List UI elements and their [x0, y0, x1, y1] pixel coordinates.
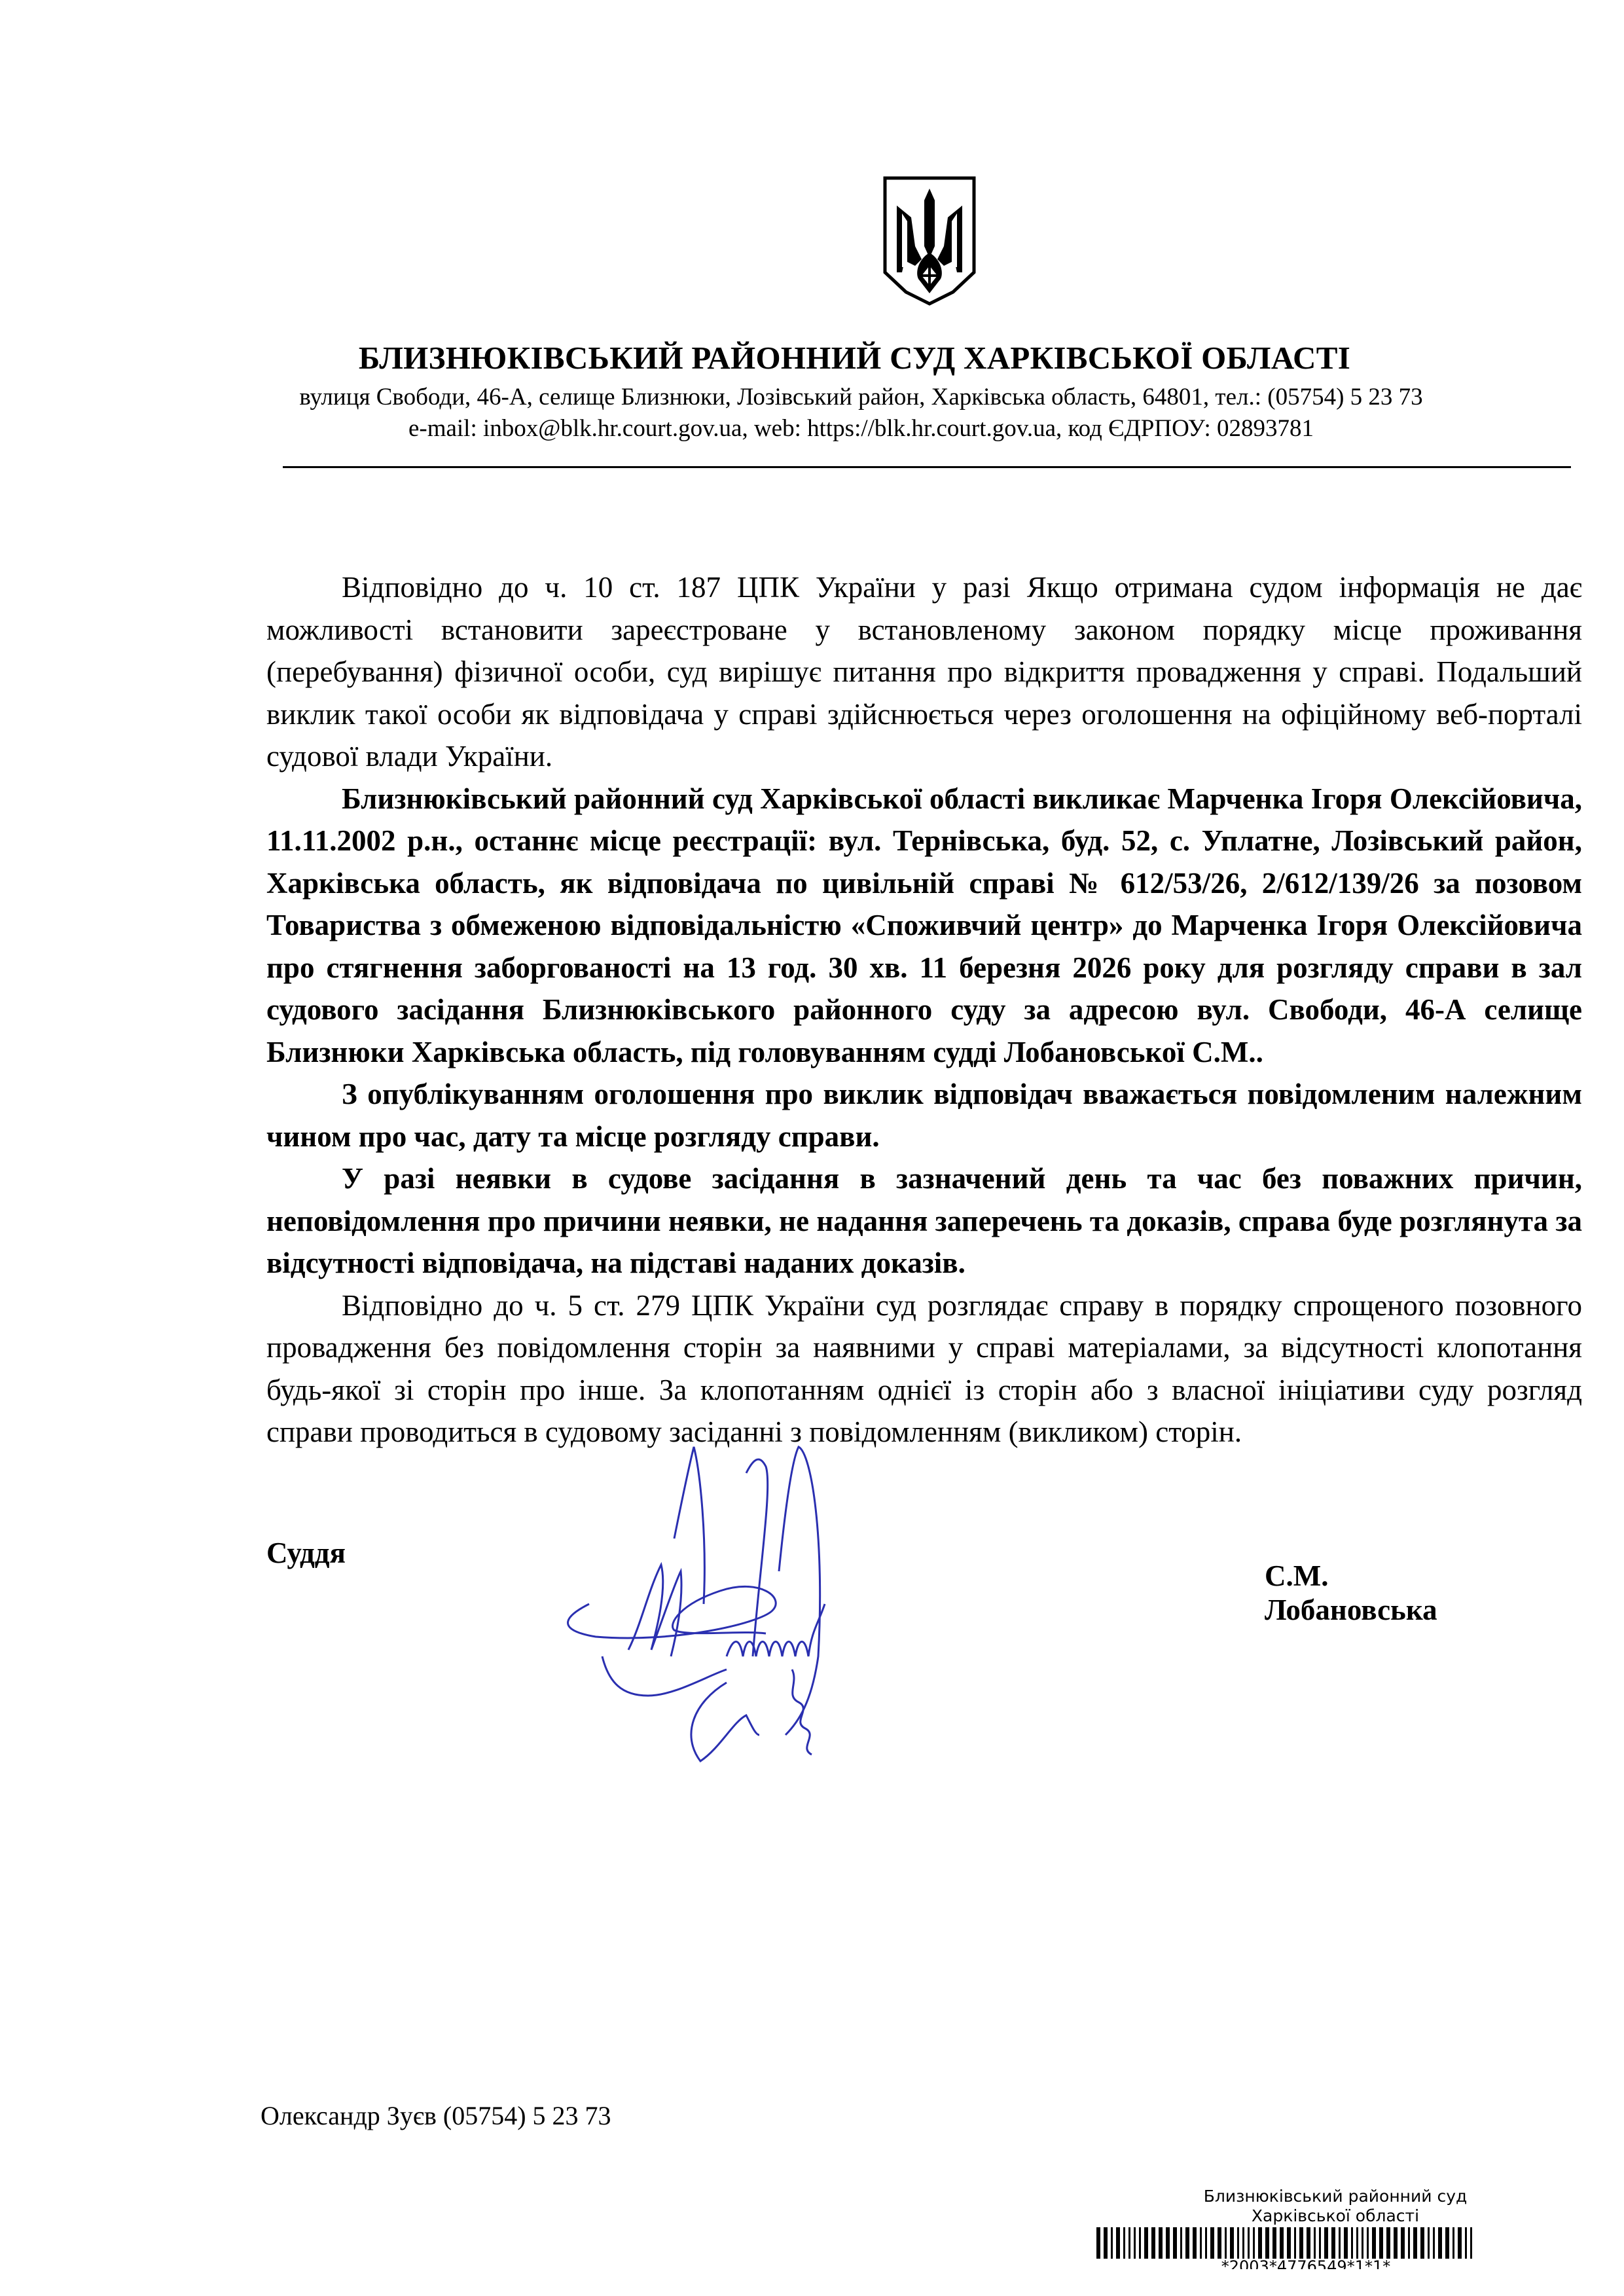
handwritten-signature	[511, 1408, 1165, 1774]
stamp-court-line2: Харківської області	[1090, 2206, 1522, 2226]
barcode-bar	[1339, 2227, 1341, 2259]
barcode-bar	[1166, 2227, 1170, 2259]
barcode-number: *2003*4776549*1*1*	[1090, 2259, 1522, 2269]
barcode-bar	[1180, 2227, 1182, 2259]
barcode-bar	[1173, 2227, 1177, 2259]
barcode-bar	[1394, 2227, 1398, 2259]
court-address: вулиця Свободи, 46-А, селище Близнюки, Л…	[0, 383, 1624, 411]
barcode-bar	[1433, 2227, 1435, 2259]
barcode-bar	[1351, 2227, 1353, 2259]
notice-body: Відповідно до ч. 10 ст. 187 ЦПК України …	[266, 566, 1582, 1453]
barcode-bar	[1287, 2227, 1291, 2259]
barcode-bar	[1096, 2227, 1100, 2259]
barcode-bar	[1139, 2227, 1141, 2259]
barcode-bar	[1299, 2227, 1303, 2259]
barcode-bar	[1362, 2227, 1363, 2259]
barcode-bar	[1258, 2227, 1262, 2259]
barcode-bar	[1104, 2227, 1108, 2259]
barcode-bar	[1367, 2227, 1369, 2259]
stamp-court-line1: Близнюківський районний суд	[1090, 2187, 1522, 2206]
barcode-bar	[1248, 2227, 1250, 2259]
barcode-bar	[1386, 2227, 1390, 2259]
barcode-bar	[1428, 2227, 1430, 2259]
court-contacts: e-mail: inbox@blk.hr.court.gov.ua, web: …	[0, 414, 1624, 443]
barcode-bar	[1218, 2227, 1221, 2259]
paragraph-legal-basis: Відповідно до ч. 10 ст. 187 ЦПК України …	[266, 566, 1582, 778]
barcode-bar	[1438, 2227, 1442, 2259]
header-divider	[283, 466, 1571, 468]
paragraph-notification: З опублікуванням оголошення про виклик в…	[266, 1073, 1582, 1157]
court-name: БЛИЗНЮКІВСЬКИЙ РАЙОННИЙ СУД ХАРКІВСЬКОЇ …	[0, 339, 1624, 376]
paragraph-absence-warning: У разі неявки в судове засідання в зазна…	[266, 1157, 1582, 1285]
barcode-bar	[1294, 2227, 1296, 2259]
barcode-bar	[1445, 2227, 1449, 2259]
barcode-bar	[1280, 2227, 1284, 2259]
signer-name: С.М. Лобановська	[1265, 1559, 1497, 1627]
barcode-bar	[1458, 2227, 1462, 2259]
barcode-bar	[1401, 2227, 1405, 2259]
barcode-bar	[1193, 2227, 1197, 2259]
barcode-bar	[1159, 2227, 1163, 2259]
barcode-bar	[1324, 2227, 1328, 2259]
barcode-bar	[1408, 2227, 1410, 2259]
barcode-bar	[1331, 2227, 1335, 2259]
barcode-bar	[1200, 2227, 1202, 2259]
barcode-bar	[1128, 2227, 1130, 2259]
coat-of-arms-icon	[882, 174, 977, 306]
barcode-bar	[1242, 2227, 1244, 2259]
barcode-bar	[1144, 2227, 1148, 2259]
barcode-bar	[1225, 2227, 1227, 2259]
executor-contact: Олександр Зуєв (05754) 5 23 73	[261, 2100, 611, 2131]
barcode-bar	[1470, 2227, 1472, 2259]
barcode-bar	[1372, 2227, 1376, 2259]
barcode-bar	[1319, 2227, 1321, 2259]
barcode-bar	[1210, 2227, 1214, 2259]
barcode-bar	[1265, 2227, 1269, 2259]
barcode-bar	[1134, 2227, 1136, 2259]
barcode-bar	[1413, 2227, 1417, 2259]
registration-stamp: Близнюківський районний суд Харківської …	[1090, 2187, 1522, 2269]
barcode-bar	[1307, 2227, 1310, 2259]
barcode-bar	[1453, 2227, 1454, 2259]
barcode-bar	[1314, 2227, 1316, 2259]
barcode-bar	[1151, 2227, 1155, 2259]
barcode-bar	[1230, 2227, 1234, 2259]
barcode-bar	[1379, 2227, 1383, 2259]
barcode-bar	[1237, 2227, 1239, 2259]
barcode-bar	[1344, 2227, 1348, 2259]
barcode	[1096, 2227, 1522, 2259]
barcode-bar	[1465, 2227, 1467, 2259]
barcode-bar	[1356, 2227, 1358, 2259]
signer-role: Суддя	[266, 1536, 346, 1570]
barcode-bar	[1272, 2227, 1276, 2259]
barcode-bar	[1123, 2227, 1125, 2259]
barcode-bar	[1205, 2227, 1207, 2259]
barcode-bar	[1185, 2227, 1189, 2259]
barcode-bar	[1111, 2227, 1113, 2259]
paragraph-summons: Близнюківський районний суд Харківської …	[266, 778, 1582, 1074]
barcode-bar	[1420, 2227, 1424, 2259]
signature-block: Суддя С.М. Лобановська	[266, 1536, 1497, 1588]
barcode-bar	[1116, 2227, 1120, 2259]
barcode-bar	[1253, 2227, 1255, 2259]
